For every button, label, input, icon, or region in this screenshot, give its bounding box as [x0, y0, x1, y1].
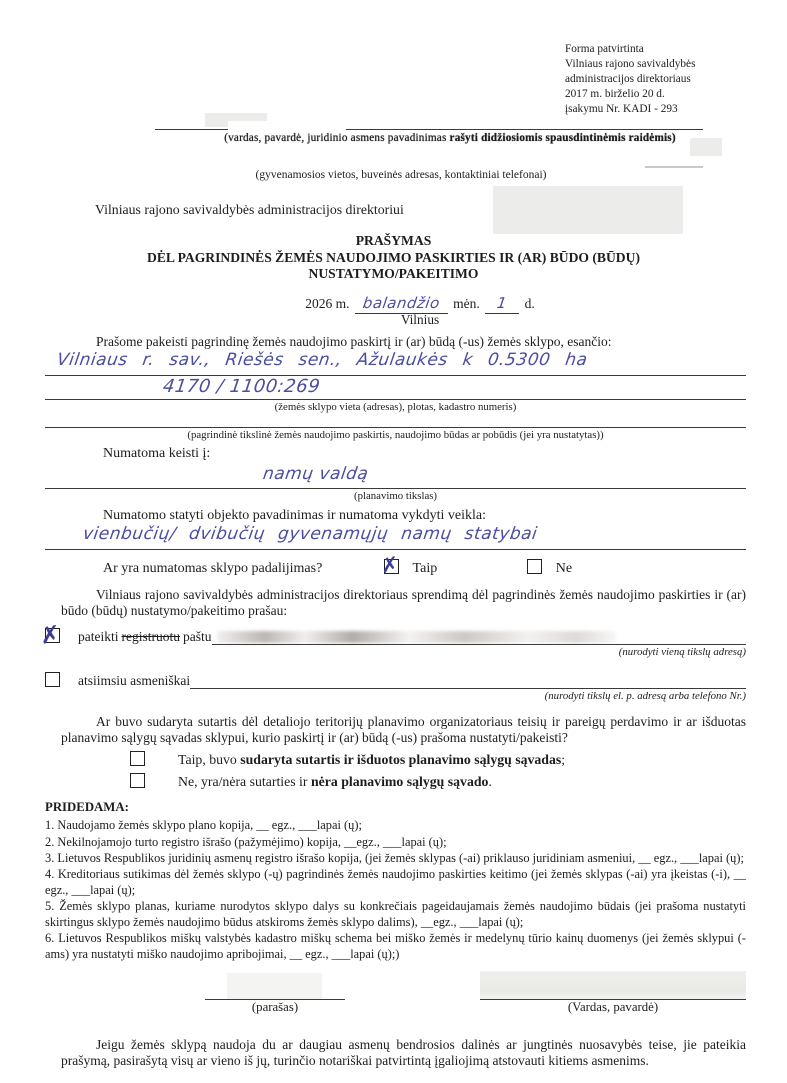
- approval-line: 2017 m. birželio 20 d.: [565, 87, 695, 102]
- approval-block: Forma patvirtinta Vilniaus rajono saviva…: [565, 42, 695, 117]
- form-title: PRAŠYMAS DĖL PAGRINDINĖS ŽEMĖS NAUDOJIMO…: [0, 233, 787, 283]
- delivery-mail-label: pateiktiregistruotupaštu: [78, 629, 212, 645]
- footer-note: Jeigu žemės sklypą naudoja du ar daugiau…: [61, 1037, 746, 1069]
- plot-cadastre-field: 4170 / 1100:269: [45, 376, 746, 400]
- applicant-name-caption: (vardas, pavardė, juridinio asmens pavad…: [150, 132, 750, 144]
- form-title-line2: DĖL PAGRINDINĖS ŽEMĖS NAUDOJIMO PASKIRTI…: [0, 250, 787, 267]
- delivery-pickup-checkbox[interactable]: [45, 672, 60, 687]
- attachment-item: 2. Nekilnojamojo turto registro išrašo (…: [45, 834, 746, 850]
- plot-cadastre-handwritten: 4170 / 1100:269: [162, 378, 322, 396]
- planned-object-handwritten: vienbučių/ dvibučių gyvenamųjų namų stat…: [82, 526, 539, 543]
- contract-yes-checkbox[interactable]: [130, 751, 145, 766]
- contract-option-no: Ne, yra/nėra sutarties ir nėra planavimo…: [130, 773, 746, 790]
- date-day-handwritten: 1: [496, 294, 509, 312]
- label-pre: pateikti: [78, 629, 119, 644]
- label-post: paštu: [183, 629, 212, 644]
- signature-caption: (parašas): [205, 1000, 345, 1015]
- text-post: ;: [561, 752, 565, 767]
- date-month-suffix: mėn.: [453, 296, 480, 312]
- division-yes-checkbox[interactable]: ✗: [384, 559, 399, 574]
- date-row: 2026 m. balandžio mėn. 1 d.: [160, 294, 680, 314]
- redacted-handwriting: [217, 631, 617, 643]
- signature-row: (parašas) (Vardas, pavardė): [45, 979, 746, 1015]
- scanned-application-form: { "approval": { "lines": [ "Forma patvir…: [0, 0, 787, 1083]
- date-month-handwritten: balandžio: [362, 294, 441, 312]
- approval-line: įsakymu Nr. KADI - 293: [565, 102, 695, 117]
- name-field: (Vardas, pavardė): [480, 979, 746, 1015]
- approval-line: administracijos direktoriaus: [565, 72, 695, 87]
- delivery-intro: Vilniaus rajono savivaldybės administrac…: [61, 587, 746, 619]
- change-to-handwritten: namų valdą: [262, 466, 370, 483]
- approval-line: Forma patvirtinta: [565, 42, 695, 57]
- date-day-field: 1: [485, 294, 519, 314]
- text-post: .: [488, 774, 491, 789]
- redaction-box: [493, 186, 683, 234]
- label-struck: registruotu: [122, 629, 181, 644]
- date-month-field: balandžio: [355, 294, 448, 314]
- planned-object-field: vienbučių/ dvibučių gyvenamųjų namų stat…: [45, 524, 746, 550]
- attachment-item: 6. Lietuvos Respublikos miškų valstybės …: [45, 930, 746, 962]
- delivery-mail-caption: (nurodyti vieną tikslų adresą): [45, 646, 746, 659]
- text-bold: nėra planavimo sąlygų sąvado: [311, 774, 488, 789]
- redaction-box: [690, 138, 722, 156]
- form-body: Prašome pakeisti pagrindinę žemės naudoj…: [45, 334, 746, 1069]
- division-no-checkbox[interactable]: [527, 559, 542, 574]
- scan-artifact: [228, 121, 346, 131]
- attachment-item: 1. Naudojamo žemės sklypo plano kopija, …: [45, 817, 746, 833]
- request-intro: Prašome pakeisti pagrindinę žemės naudoj…: [61, 334, 746, 350]
- contract-question: Ar buvo sudaryta sutartis dėl detaliojo …: [61, 714, 746, 746]
- contract-option-yes: Taip, buvo sudaryta sutartis ir išduotos…: [130, 751, 746, 768]
- delivery-pickup-caption: (nurodyti tikslų el. p. adresą arba tele…: [45, 690, 746, 703]
- caption-regular: (vardas, pavardė, juridinio asmens pavad…: [224, 132, 449, 144]
- date-year: 2026 m.: [305, 296, 349, 312]
- attachments-heading: PRIDEDAMA:: [45, 800, 746, 815]
- approval-line: Vilniaus rajono savivaldybės: [565, 57, 695, 72]
- change-to-field: namų valdą: [45, 464, 746, 489]
- planned-object-label: Numatomo statyti objekto pavadinimas ir …: [103, 508, 746, 525]
- delivery-pickup-label: atsiimsiu asmeniškai: [78, 673, 190, 689]
- change-to-label: Numatoma keisti į:: [103, 446, 746, 463]
- delivery-mail-checkbox[interactable]: ✗: [45, 628, 60, 643]
- attachment-item: 5. Žemės sklypo planas, kuriame nurodyto…: [45, 898, 746, 930]
- date-day-suffix: d.: [525, 296, 535, 312]
- division-question-row: Ar yra numatomas sklypo padalijimas? ✗ T…: [103, 559, 746, 578]
- form-title-line3: NUSTATYMO/PAKEITIMO: [0, 266, 787, 283]
- name-caption: (Vardas, pavardė): [480, 1000, 746, 1015]
- form-title-line1: PRAŠYMAS: [0, 233, 787, 250]
- contract-yes-text: Taip, buvo sudaryta sutartis ir išduotos…: [178, 752, 565, 767]
- checkmark-icon: ✗: [39, 620, 62, 650]
- plot-location-caption: (žemės sklypo vieta (adresas), plotas, k…: [45, 401, 746, 414]
- division-yes-label: Taip: [413, 561, 438, 576]
- plot-location-handwritten: Vilniaus r. sav., Riešės sen., Ažulaukės…: [56, 352, 589, 369]
- addressee-line: Vilniaus rajono savivaldybės administrac…: [95, 202, 404, 218]
- delivery-option-pickup: atsiimsiu asmeniškai: [45, 670, 746, 689]
- current-purpose-field: [45, 414, 746, 428]
- delivery-mail-address-field: [212, 626, 747, 645]
- attachment-item: 3. Lietuvos Respublikos juridinių asmenų…: [45, 850, 746, 866]
- contract-no-text: Ne, yra/nėra sutarties ir nėra planavimo…: [178, 774, 492, 789]
- attachment-item: 4. Kreditoriaus sutikimas dėl žemės skly…: [45, 866, 746, 898]
- name-line: [480, 979, 746, 1000]
- planning-goal-caption: (planavimo tikslas): [45, 490, 746, 503]
- text-pre: Ne, yra/nėra sutarties ir: [178, 774, 311, 789]
- signature-field: (parašas): [205, 979, 345, 1015]
- current-purpose-caption: (pagrindinė tikslinė žemės naudojimo pas…: [45, 429, 746, 442]
- delivery-pickup-contact-field: [190, 670, 746, 689]
- redaction-box: [227, 973, 322, 999]
- contract-no-checkbox[interactable]: [130, 773, 145, 788]
- caption-bold: rašyti didžiosiomis spausdintinėmis raid…: [450, 132, 676, 144]
- delivery-option-mail: ✗ pateiktiregistruotupaštu: [45, 626, 746, 645]
- text-bold: sudaryta sutartis ir išduotos planavimo …: [240, 752, 561, 767]
- division-no-label: Ne: [556, 561, 572, 576]
- text-pre: Taip, buvo: [178, 752, 240, 767]
- applicant-address-caption: (gyvenamosios vietos, buveinės adresas, …: [205, 169, 597, 181]
- attachments-list: 1. Naudojamo žemės sklypo plano kopija, …: [45, 817, 746, 962]
- plot-location-field: Vilniaus r. sav., Riešės sen., Ažulaukės…: [45, 350, 746, 376]
- scan-artifact-line: [645, 166, 703, 168]
- division-question: Ar yra numatomas sklypo padalijimas?: [103, 561, 322, 576]
- city-label: Vilnius: [160, 312, 680, 328]
- checkmark-icon: ✗: [380, 552, 400, 578]
